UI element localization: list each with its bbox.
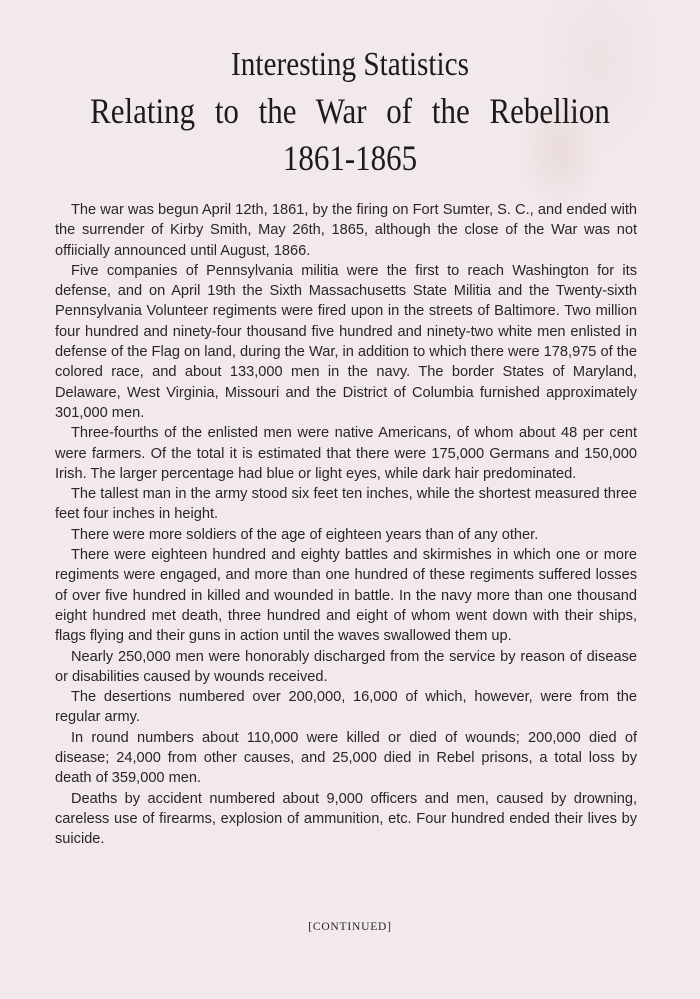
paragraph-demographics: Three-fourths of the enlisted men were n…	[55, 423, 637, 484]
paragraph-heights: The tallest man in the army stood six fe…	[55, 484, 637, 525]
paragraph-desertions: The desertions numbered over 200,000, 16…	[55, 687, 637, 728]
paragraph-ages: There were more soldiers of the age of e…	[55, 525, 637, 545]
paragraph-accidents: Deaths by accident numbered about 9,000 …	[55, 789, 637, 850]
article-body: The war was begun April 12th, 1861, by t…	[55, 200, 637, 850]
paragraph-discharges: Nearly 250,000 men were honorably discha…	[55, 647, 637, 688]
paragraph-deaths: In round numbers about 110,000 were kill…	[55, 728, 637, 789]
page-title: Interesting Statistics Relating to the W…	[0, 42, 700, 182]
continued-label: [CONTINUED]	[0, 921, 700, 933]
paragraph-battles: There were eighteen hundred and eighty b…	[55, 545, 637, 646]
title-line-2: Relating to the War of the Rebellion	[49, 88, 651, 134]
title-line-1: Interesting Statistics	[49, 42, 651, 88]
paragraph-war-dates: The war was begun April 12th, 1861, by t…	[55, 200, 637, 261]
paragraph-enlistment: Five companies of Pennsylvania militia w…	[55, 261, 637, 423]
title-years: 1861-1865	[49, 134, 651, 182]
document-page: Interesting Statistics Relating to the W…	[0, 0, 700, 999]
